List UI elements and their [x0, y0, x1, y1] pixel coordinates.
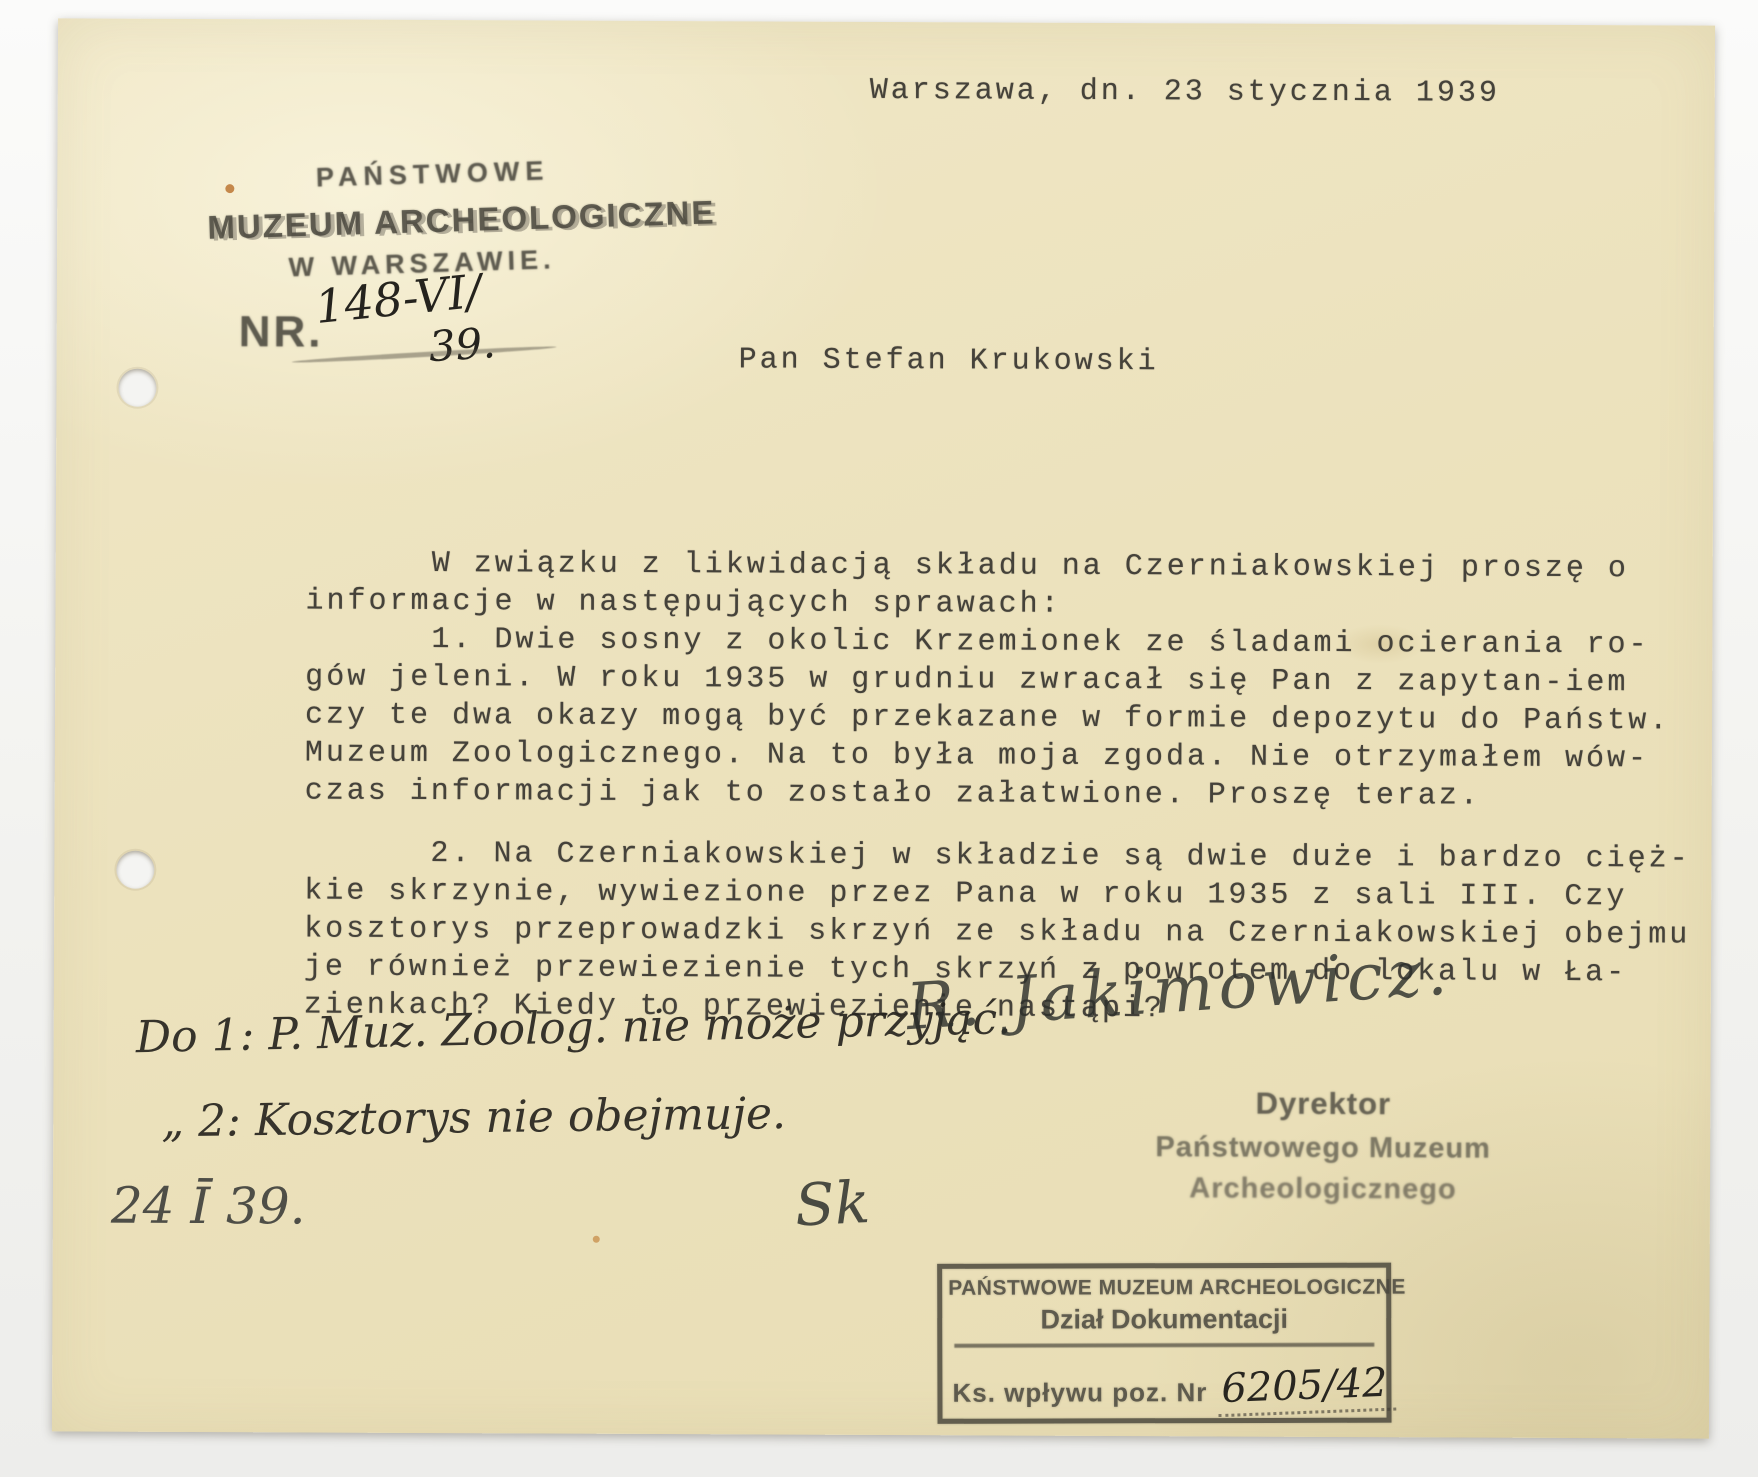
typed-line: kosztorys przeprowadzki skrzyń ze składu…: [304, 910, 1690, 954]
addressee: Pan Stefan Krukowski: [739, 343, 1159, 379]
director-stamp-line1: Dyrektor: [1133, 1085, 1513, 1123]
letter-body: W związku z likwidacją składu na Czernia…: [304, 544, 1692, 1030]
header-stamp-line1: PAŃSTWOWE: [315, 150, 714, 193]
typed-line: 2. Na Czerniakowskiej w składzie są dwie…: [304, 834, 1690, 878]
typed-line: 1. Dwie sosny z okolic Krzemionek ze śla…: [305, 620, 1691, 664]
typed-line: informacje w następujących sprawach:: [305, 582, 1691, 626]
header-stamp-line2: MUZEUM ARCHEOLOGICZNE: [207, 193, 716, 247]
typed-line: kie skrzynie, wywiezione przez Pana w ro…: [304, 872, 1690, 916]
body-paragraph-1: W związku z likwidacją składu na Czernia…: [305, 544, 1692, 816]
scan-background: Warszawa, dn. 23 stycznia 1939 PAŃSTWOWE…: [0, 0, 1758, 1477]
registry-stamp-rule: [954, 1343, 1374, 1348]
nr-handwritten-bottom: 39.: [427, 318, 497, 371]
typed-line: Muzeum Zoologicznego. Na to była moja zg…: [305, 734, 1691, 778]
punch-hole-bottom: [116, 851, 154, 889]
registry-entry-row: Ks. wpływu poz. Nr 6205/42: [948, 1363, 1380, 1409]
handwritten-date: 24 Ī 39.: [111, 1177, 306, 1236]
nr-underline-smudge: [292, 344, 557, 364]
handwritten-note-1: Do 1: P. Muz. Zoolog. nie może przyjąć.: [135, 993, 1012, 1063]
registry-stamp-line2: Dział Dokumentacji: [948, 1304, 1380, 1336]
registry-entry-number: 6205/42: [1216, 1360, 1396, 1418]
typed-line: gów jeleni. W roku 1935 w grudniu zwraca…: [305, 658, 1691, 702]
director-stamp-line3: Archeologicznego: [1133, 1172, 1513, 1207]
director-stamp-line2: Państwowego Muzeum: [1133, 1131, 1513, 1166]
handwritten-initials: Sk: [793, 1168, 871, 1240]
director-stamp: Dyrektor Państwowego Muzeum Archeologicz…: [1133, 1085, 1514, 1207]
registry-entry-label: Ks. wpływu poz. Nr: [952, 1377, 1207, 1409]
rust-stain: [593, 1236, 600, 1243]
handwritten-note-2: „ 2: Kosztorys nie obejmuje.: [161, 1088, 786, 1147]
typed-line: W związku z likwidacją składu na Czernia…: [306, 544, 1692, 588]
punch-hole-top: [118, 369, 156, 407]
letter-paper: Warszawa, dn. 23 stycznia 1939 PAŃSTWOWE…: [52, 18, 1715, 1438]
registry-stamp-box: PAŃSTWOWE MUZEUM ARCHEOLOGICZNE Dział Do…: [937, 1263, 1391, 1424]
dateline: Warszawa, dn. 23 stycznia 1939: [870, 74, 1500, 111]
typed-line: czy te dwa okazy mogą być przekazane w f…: [305, 696, 1691, 740]
typed-line: czas informacji jak to zostało załatwion…: [305, 772, 1691, 816]
registry-stamp-line1: PAŃSTWOWE MUZEUM ARCHEOLOGICZNE: [948, 1276, 1380, 1301]
nr-label: NR.: [239, 307, 324, 357]
